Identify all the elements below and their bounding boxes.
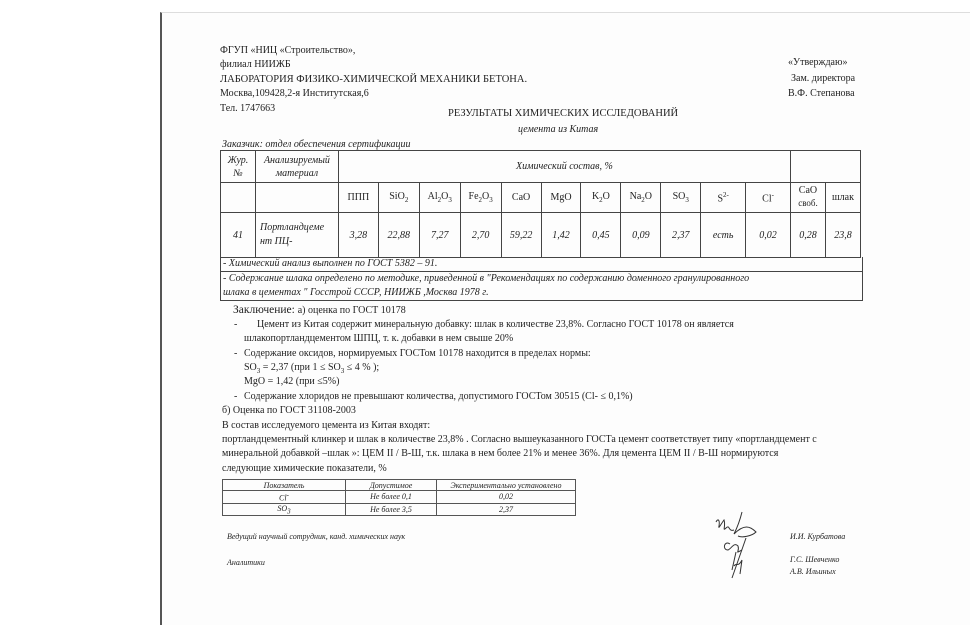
- component-value: 2,70: [460, 213, 501, 258]
- component-value: 59,22: [501, 213, 541, 258]
- bullet-dash: -: [234, 347, 237, 361]
- conclusion-heading: Заключение: а) оценка по ГОСТ 10178: [233, 304, 406, 316]
- limits-header-indicator: Показатель: [223, 480, 346, 491]
- component-value: 0,45: [581, 213, 621, 258]
- header-blank-journal: [221, 183, 256, 213]
- limits-cell-measured: 2,37: [437, 503, 576, 516]
- lead-role: Ведущий научный сотрудник, канд. химичес…: [227, 532, 405, 541]
- conclusion-bullet-1a: Цемент из Китая содержит минеральную доб…: [257, 318, 734, 332]
- component-value: 2,37: [661, 213, 701, 258]
- cell-material: Портландцеме нт ПЦ-: [255, 213, 338, 258]
- header-material: Анализируемый материал: [255, 151, 338, 183]
- org-line-2: филиал НИИЖБ: [220, 58, 527, 72]
- table-row: Cl- Не более 0,1 0,02: [223, 491, 576, 504]
- component-header: MgO: [541, 183, 581, 213]
- header-empty-cell: [791, 151, 861, 183]
- component-header: S2-: [701, 183, 746, 213]
- part-b-line-2: портландцементный клинкер и шлак в колич…: [222, 433, 817, 447]
- approval-line-1: «Утверждаю»: [788, 55, 855, 71]
- limits-header-allowed: Допустимое: [346, 480, 437, 491]
- approval-line-3: В.Ф. Степанова: [788, 86, 855, 102]
- lead-name: И.И. Курбатова: [790, 532, 845, 541]
- bullet-dash: -: [234, 318, 237, 332]
- conclusion-label: Заключение:: [233, 304, 295, 316]
- conclusion-bullet-2: Содержание оксидов, нормируемых ГОСТом 1…: [244, 347, 591, 361]
- limits-header-measured: Экспериментально установлено: [437, 480, 576, 491]
- chemical-composition-table: Жур. № Анализируемый материал Химический…: [220, 150, 861, 258]
- org-line-4: Москва,109428,2-я Институтская,6: [220, 87, 527, 101]
- cell-journal: 41: [221, 213, 256, 258]
- handwritten-signature-icon: [712, 508, 792, 583]
- customer-line: Заказчик: отдел обеспечения сертификации: [222, 139, 411, 150]
- document-title: РЕЗУЛЬТАТЫ ХИМИЧЕСКИХ ИССЛЕДОВАНИЙ: [448, 108, 678, 119]
- header-blank-material: [255, 183, 338, 213]
- note-gost-5382: - Химический анализ выполнен по ГОСТ 538…: [221, 257, 862, 272]
- component-value: 3,28: [338, 213, 378, 258]
- component-value: 0,28: [791, 213, 826, 258]
- limits-header-row: Показатель Допустимое Экспериментально у…: [223, 480, 576, 491]
- component-header: CaOсвоб.: [791, 183, 826, 213]
- note-slag-method-2: шлака в цементах " Госстрой СССР, НИИЖБ …: [223, 286, 862, 300]
- org-line-3: ЛАБОРАТОРИЯ ФИЗИКО-ХИМИЧЕСКОЙ МЕХАНИКИ Б…: [220, 73, 527, 87]
- component-value: 1,42: [541, 213, 581, 258]
- note-slag-method-1: - Содержание шлака определено по методик…: [223, 272, 862, 286]
- org-line-1: ФГУП «НИЦ «Строительство»,: [220, 44, 527, 58]
- component-value: 22,88: [378, 213, 419, 258]
- conclusion-bullet-1b: шлакопортландцементом ШПЦ, т. к. добавки…: [244, 332, 513, 346]
- limits-cell-indicator: Cl-: [223, 491, 346, 504]
- component-header: CaO: [501, 183, 541, 213]
- component-value: есть: [701, 213, 746, 258]
- approval-line-2: Зам. директора: [788, 71, 855, 87]
- component-header: SO3: [661, 183, 701, 213]
- component-header: Fe2O3: [460, 183, 501, 213]
- limits-table: Показатель Допустимое Экспериментально у…: [222, 479, 576, 516]
- part-b-line-3: минеральной добавкой –шлак »: ЦЕМ II / В…: [222, 447, 778, 461]
- table-row: 41 Портландцеме нт ПЦ- 3,2822,887,272,70…: [221, 213, 861, 258]
- component-value: 7,27: [419, 213, 460, 258]
- component-header: Na2O: [621, 183, 661, 213]
- component-header: Al2O3: [419, 183, 460, 213]
- limits-cell-indicator: SO3: [223, 503, 346, 516]
- part-b-line-1: В состав исследуемого цемента из Китая в…: [222, 419, 430, 433]
- table-notes: - Химический анализ выполнен по ГОСТ 538…: [220, 257, 863, 301]
- component-header: шлак: [825, 183, 860, 213]
- component-value: 23,8: [825, 213, 860, 258]
- limits-cell-allowed: Не более 3,5: [346, 503, 437, 516]
- component-header: SiO2: [378, 183, 419, 213]
- component-value: 0,02: [746, 213, 791, 258]
- component-header: K2O: [581, 183, 621, 213]
- document-subtitle: цемента из Китая: [518, 124, 598, 135]
- conclusion-part-a: а) оценка по ГОСТ 10178: [298, 305, 406, 316]
- table-row: SO3 Не более 3,5 2,37: [223, 503, 576, 516]
- conclusion-bullet-3: Содержание хлоридов не превышают количес…: [244, 390, 633, 404]
- limits-cell-measured: 0,02: [437, 491, 576, 504]
- component-header: Cl-: [746, 183, 791, 213]
- part-b-line-4: следующие химические показатели, %: [222, 462, 387, 476]
- organization-header: ФГУП «НИЦ «Строительство», филиал НИИЖБ …: [220, 44, 527, 116]
- limits-cell-allowed: Не более 0,1: [346, 491, 437, 504]
- analyst-1-name: Г.С. Шевченко: [790, 555, 839, 564]
- header-journal-number: Жур. №: [221, 151, 256, 183]
- approval-block: «Утверждаю» Зам. директора В.Ф. Степанов…: [788, 55, 855, 102]
- analyst-2-name: А.В. Ильиных: [790, 567, 836, 576]
- component-value: 0,09: [621, 213, 661, 258]
- conclusion-part-b: б) Оценка по ГОСТ 31108-2003: [222, 404, 356, 418]
- components-header-row: ПППSiO2Al2O3Fe2O3CaOMgOK2ONa2OSO3S2-Cl-C…: [221, 183, 861, 213]
- component-header: ППП: [338, 183, 378, 213]
- header-chemical-composition: Химический состав, %: [338, 151, 790, 183]
- analysts-role: Аналитики: [227, 558, 265, 567]
- bullet-dash: -: [234, 390, 237, 404]
- mgo-line: MgO = 1,42 (при ≤5%): [244, 375, 339, 389]
